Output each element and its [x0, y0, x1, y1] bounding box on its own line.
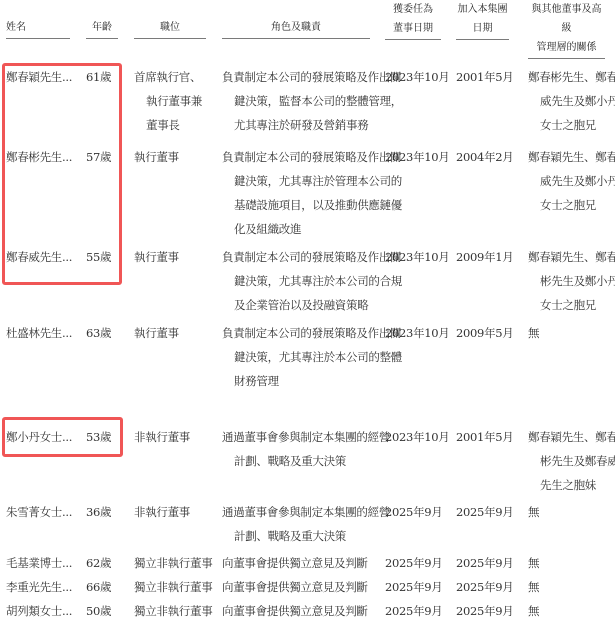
- cell-position-line: 獨立非執行董事: [134, 599, 212, 623]
- cell-appointed-date-line: 2025年9月: [385, 551, 442, 575]
- cell-joined-date: 2025年9月: [456, 599, 513, 623]
- cell-relationship: 鄭春穎先生、鄭春威先生及鄭小丹女士之胞兄: [528, 145, 615, 217]
- cell-relationship-line: 彬先生及鄭小丹: [528, 269, 615, 293]
- cell-position-line: 首席執行官、: [134, 65, 202, 89]
- cell-age-line: 63歲: [86, 321, 111, 345]
- cell-relationship-line: 鄭春穎先生、鄭春: [528, 425, 615, 449]
- cell-age: 57歲: [86, 145, 111, 169]
- header-appointed: 獲委任為 董事日期: [385, 0, 441, 40]
- cell-position-line: 執行董事: [134, 245, 179, 269]
- header-name-label: 姓名: [6, 22, 26, 33]
- cell-appointed-date-line: 2025年9月: [385, 500, 442, 524]
- cell-appointed-date-line: 2023年10月: [385, 425, 450, 449]
- cell-appointed-date: 2023年10月: [385, 65, 450, 89]
- cell-age-line: 61歲: [86, 65, 111, 89]
- cell-position: 非執行董事: [134, 425, 190, 449]
- cell-name: 胡列類女士...: [6, 599, 72, 623]
- cell-joined-date: 2004年2月: [456, 145, 513, 169]
- cell-name-line: 李重光先生...: [6, 575, 72, 599]
- cell-role: 負責制定本公司的發展策略及作出關鍵決策，尤其專注於本公司的合規及企業管治以及投融…: [222, 245, 402, 317]
- cell-role-line: 及企業管治以及投融資策略: [222, 293, 402, 317]
- header-joined-line2: 日期: [456, 19, 509, 38]
- cell-relationship: 鄭春穎先生、鄭春彬先生及鄭小丹女士之胞兄: [528, 245, 615, 317]
- cell-age: 62歲: [86, 551, 111, 575]
- cell-relationship-line: 先生之胞妹: [528, 473, 615, 497]
- cell-name-line: 胡列類女士...: [6, 599, 72, 623]
- cell-joined-date: 2001年5月: [456, 65, 513, 89]
- cell-position: 獨立非執行董事: [134, 599, 212, 623]
- cell-position: 執行董事: [134, 321, 179, 345]
- cell-joined-date: 2025年9月: [456, 551, 513, 575]
- cell-joined-date-line: 2001年5月: [456, 425, 513, 449]
- cell-age-line: 53歲: [86, 425, 111, 449]
- cell-name: 鄭春穎先生...: [6, 65, 72, 89]
- cell-role-line: 化及組織改進: [222, 217, 402, 241]
- cell-relationship-line: 女士之胞兄: [528, 113, 615, 137]
- cell-position-line: 執行董事: [134, 321, 179, 345]
- cell-role-line: 鍵決策，尤其專注於本公司的合規: [222, 269, 402, 293]
- cell-role-line: 計劃、戰略及重大決策: [222, 449, 390, 473]
- cell-role: 負責制定本公司的發展策略及作出關鍵決策，尤其專注於本公司的整體財務管理: [222, 321, 402, 393]
- cell-role: 負責制定本公司的發展策略及作出關鍵決策，監督本公司的整體管理，尤其專注於研發及營…: [222, 65, 402, 137]
- cell-appointed-date: 2025年9月: [385, 575, 442, 599]
- cell-appointed-date-line: 2023年10月: [385, 65, 450, 89]
- cell-role-line: 財務管理: [222, 369, 402, 393]
- cell-relationship-line: 鄭春穎先生、鄭春: [528, 245, 615, 269]
- cell-relationship-line: 女士之胞兄: [528, 293, 615, 317]
- cell-relationship: 鄭春彬先生、鄭春威先生及鄭小丹女士之胞兄: [528, 65, 615, 137]
- cell-role: 向董事會提供獨立意見及判斷: [222, 575, 368, 599]
- cell-age: 61歲: [86, 65, 111, 89]
- cell-appointed-date: 2023年10月: [385, 245, 450, 269]
- cell-age-line: 55歲: [86, 245, 111, 269]
- cell-appointed-date: 2023年10月: [385, 145, 450, 169]
- cell-position-line: 董事長: [134, 113, 202, 137]
- cell-name-line: 鄭春穎先生...: [6, 65, 72, 89]
- header-appointed-line2: 董事日期: [385, 19, 441, 38]
- cell-joined-date: 2025年9月: [456, 500, 513, 524]
- header-role: 角色及職責: [222, 18, 370, 39]
- cell-age: 50歲: [86, 599, 111, 623]
- cell-relationship: 無: [528, 500, 539, 524]
- cell-role-line: 向董事會提供獨立意見及判斷: [222, 575, 368, 599]
- cell-relationship: 無: [528, 321, 539, 345]
- cell-role-line: 負責制定本公司的發展策略及作出關: [222, 65, 402, 89]
- cell-role-line: 負責制定本公司的發展策略及作出關: [222, 245, 402, 269]
- cell-age: 36歲: [86, 500, 111, 524]
- cell-appointed-date: 2025年9月: [385, 599, 442, 623]
- cell-joined-date-line: 2009年5月: [456, 321, 513, 345]
- header-joined-line1: 加入本集團: [456, 0, 509, 19]
- cell-relationship-line: 威先生及鄭小丹: [528, 169, 615, 193]
- cell-role-line: 鍵決策，尤其專注於管理本公司的: [222, 169, 402, 193]
- cell-role-line: 鍵決策，監督本公司的整體管理，: [222, 89, 402, 113]
- cell-relationship-line: 無: [528, 551, 539, 575]
- cell-joined-date: 2009年1月: [456, 245, 513, 269]
- cell-relationship-line: 鄭春穎先生、鄭春: [528, 145, 615, 169]
- cell-appointed-date: 2023年10月: [385, 321, 450, 345]
- cell-appointed-date: 2023年10月: [385, 425, 450, 449]
- cell-role-line: 計劃、戰略及重大決策: [222, 524, 390, 548]
- cell-position-line: 非執行董事: [134, 500, 190, 524]
- cell-name-line: 鄭春彬先生...: [6, 145, 72, 169]
- header-age: 年齡: [86, 18, 118, 39]
- cell-position-line: 執行董事: [134, 145, 179, 169]
- cell-joined-date-line: 2025年9月: [456, 551, 513, 575]
- cell-joined-date-line: 2025年9月: [456, 500, 513, 524]
- cell-position: 首席執行官、執行董事兼董事長: [134, 65, 202, 137]
- header-joined: 加入本集團 日期: [456, 0, 509, 40]
- cell-age-line: 66歲: [86, 575, 111, 599]
- cell-joined-date-line: 2025年9月: [456, 599, 513, 623]
- cell-age-line: 57歲: [86, 145, 111, 169]
- cell-name-line: 鄭春威先生...: [6, 245, 72, 269]
- header-appointed-line1: 獲委任為: [385, 0, 441, 19]
- cell-position: 非執行董事: [134, 500, 190, 524]
- cell-role-line: 通過董事會參與制定本集團的經營: [222, 500, 390, 524]
- cell-name-line: 鄭小丹女士...: [6, 425, 72, 449]
- cell-appointed-date: 2025年9月: [385, 551, 442, 575]
- cell-role: 通過董事會參與制定本集團的經營計劃、戰略及重大決策: [222, 425, 390, 473]
- header-position: 職位: [134, 18, 206, 39]
- cell-role-line: 向董事會提供獨立意見及判斷: [222, 551, 368, 575]
- cell-appointed-date: 2025年9月: [385, 500, 442, 524]
- cell-role-line: 通過董事會參與制定本集團的經營: [222, 425, 390, 449]
- cell-relationship-line: 鄭春彬先生、鄭春: [528, 65, 615, 89]
- cell-age: 63歲: [86, 321, 111, 345]
- header-relationship-line1: 與其他董事及高級: [528, 0, 605, 38]
- cell-name: 鄭小丹女士...: [6, 425, 72, 449]
- cell-relationship: 無: [528, 575, 539, 599]
- header-age-label: 年齡: [92, 22, 112, 33]
- cell-relationship: 無: [528, 599, 539, 623]
- cell-joined-date: 2001年5月: [456, 425, 513, 449]
- cell-position-line: 獨立非執行董事: [134, 575, 212, 599]
- cell-name-line: 毛基業博士...: [6, 551, 72, 575]
- header-relationship-line2: 管理層的關係: [528, 38, 605, 57]
- header-relationship: 與其他董事及高級 管理層的關係: [528, 0, 605, 59]
- header-role-label: 角色及職責: [271, 22, 321, 33]
- cell-age-line: 36歲: [86, 500, 111, 524]
- cell-age-line: 50歲: [86, 599, 111, 623]
- cell-relationship-line: 女士之胞兄: [528, 193, 615, 217]
- cell-position: 獨立非執行董事: [134, 551, 212, 575]
- cell-name: 鄭春威先生...: [6, 245, 72, 269]
- cell-appointed-date-line: 2025年9月: [385, 575, 442, 599]
- cell-relationship-line: 彬先生及鄭春威: [528, 449, 615, 473]
- cell-age: 55歲: [86, 245, 111, 269]
- cell-age: 66歲: [86, 575, 111, 599]
- cell-role: 向董事會提供獨立意見及判斷: [222, 599, 368, 623]
- cell-name: 毛基業博士...: [6, 551, 72, 575]
- cell-role-line: 負責制定本公司的發展策略及作出關: [222, 321, 402, 345]
- cell-relationship: 無: [528, 551, 539, 575]
- cell-relationship-line: 無: [528, 321, 539, 345]
- cell-joined-date: 2009年5月: [456, 321, 513, 345]
- cell-age: 53歲: [86, 425, 111, 449]
- header-position-label: 職位: [160, 22, 180, 33]
- cell-age-line: 62歲: [86, 551, 111, 575]
- cell-role-line: 基礎設施項目，以及推動供應鏈優: [222, 193, 402, 217]
- cell-name: 鄭春彬先生...: [6, 145, 72, 169]
- cell-name: 李重光先生...: [6, 575, 72, 599]
- cell-name: 朱雪菁女士...: [6, 500, 72, 524]
- cell-role-line: 負責制定本公司的發展策略及作出關: [222, 145, 402, 169]
- cell-position-line: 執行董事兼: [134, 89, 202, 113]
- cell-joined-date-line: 2001年5月: [456, 65, 513, 89]
- header-name: 姓名: [6, 18, 70, 39]
- cell-role-line: 鍵決策，尤其專注於本公司的整體: [222, 345, 402, 369]
- cell-relationship-line: 無: [528, 575, 539, 599]
- cell-relationship-line: 威先生及鄭小丹: [528, 89, 615, 113]
- cell-appointed-date-line: 2023年10月: [385, 245, 450, 269]
- cell-position: 執行董事: [134, 145, 179, 169]
- cell-appointed-date-line: 2023年10月: [385, 145, 450, 169]
- cell-joined-date-line: 2004年2月: [456, 145, 513, 169]
- cell-position: 執行董事: [134, 245, 179, 269]
- cell-joined-date-line: 2025年9月: [456, 575, 513, 599]
- cell-role: 通過董事會參與制定本集團的經營計劃、戰略及重大決策: [222, 500, 390, 548]
- cell-role: 負責制定本公司的發展策略及作出關鍵決策，尤其專注於管理本公司的基礎設施項目，以及…: [222, 145, 402, 241]
- cell-joined-date: 2025年9月: [456, 575, 513, 599]
- cell-appointed-date-line: 2025年9月: [385, 599, 442, 623]
- cell-appointed-date-line: 2023年10月: [385, 321, 450, 345]
- cell-name-line: 朱雪菁女士...: [6, 500, 72, 524]
- cell-name-line: 杜盛林先生...: [6, 321, 72, 345]
- cell-position: 獨立非執行董事: [134, 575, 212, 599]
- cell-joined-date-line: 2009年1月: [456, 245, 513, 269]
- cell-relationship: 鄭春穎先生、鄭春彬先生及鄭春威先生之胞妹: [528, 425, 615, 497]
- cell-name: 杜盛林先生...: [6, 321, 72, 345]
- cell-role: 向董事會提供獨立意見及判斷: [222, 551, 368, 575]
- cell-relationship-line: 無: [528, 500, 539, 524]
- cell-role-line: 尤其專注於研發及營銷事務: [222, 113, 402, 137]
- cell-position-line: 非執行董事: [134, 425, 190, 449]
- cell-relationship-line: 無: [528, 599, 539, 623]
- cell-role-line: 向董事會提供獨立意見及判斷: [222, 599, 368, 623]
- cell-position-line: 獨立非執行董事: [134, 551, 212, 575]
